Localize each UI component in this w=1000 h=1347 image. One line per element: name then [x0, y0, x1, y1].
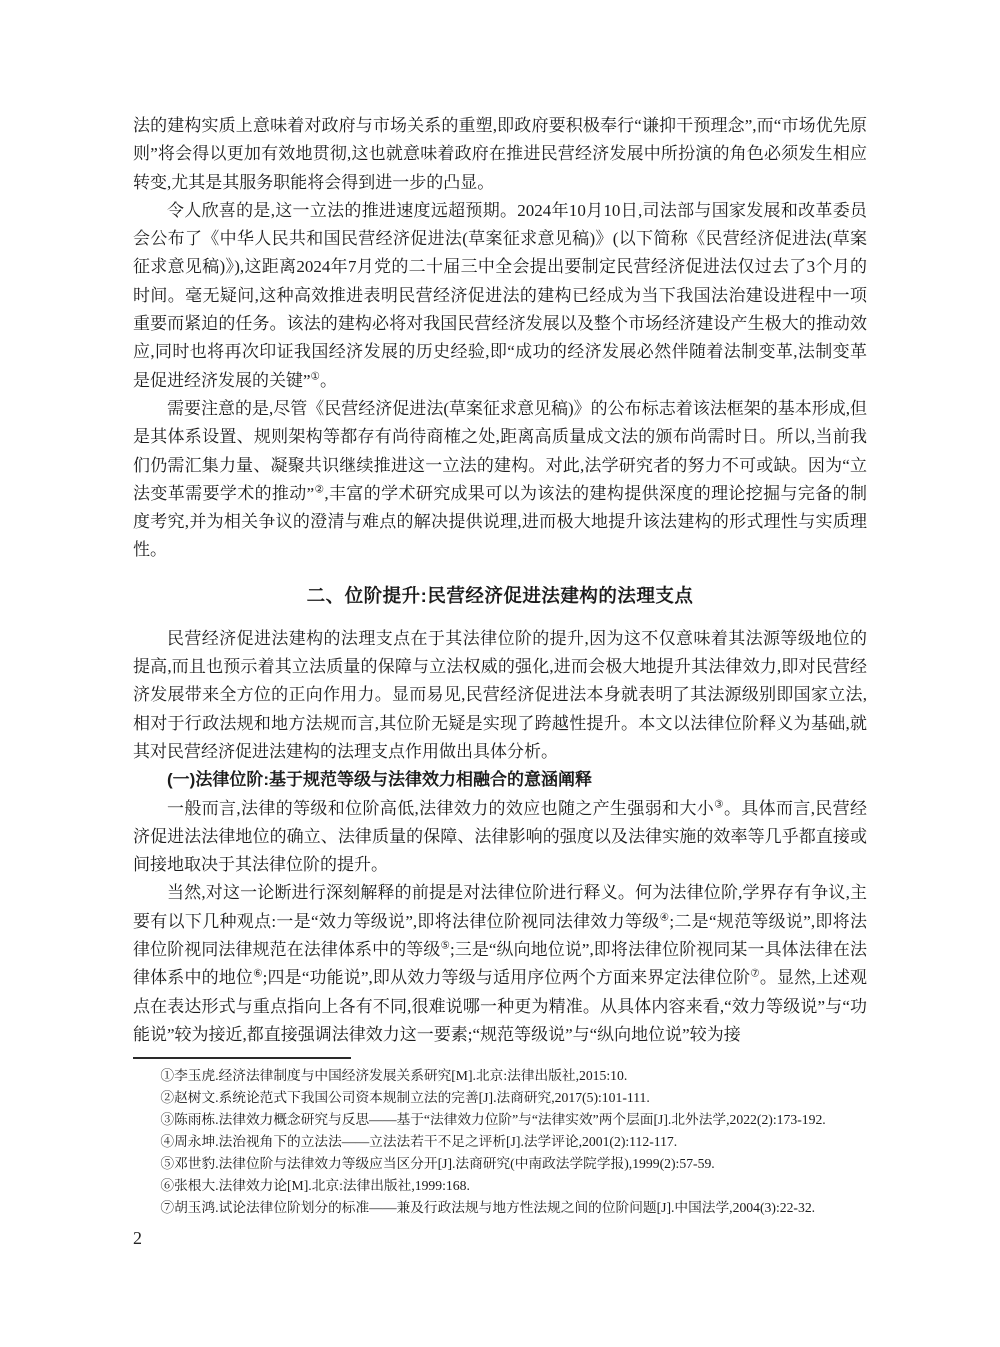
- article-body: 法的建构实质上意味着对政府与市场关系的重塑,即政府要积极奉行“谦抑干预理念”,而…: [133, 112, 867, 1219]
- paragraph: 需要注意的是,尽管《民营经济促进法(草案征求意见稿)》的公布标志着该法框架的基本…: [133, 395, 867, 565]
- paragraph: 民营经济促进法建构的法理支点在于其法律位阶的提升,因为这不仅意味着其法源等级地位…: [133, 625, 867, 766]
- page-number: 2: [133, 1226, 142, 1250]
- footnote-ref-3: ③: [714, 799, 724, 810]
- footnote-ref-2: ②: [314, 484, 324, 495]
- footnote-item: ③陈雨栋.法律效力概念研究与反思——基于“法律效力位阶”与“法律实效”两个层面[…: [133, 1109, 867, 1131]
- paragraph-text: ;四是“功能说”,即从效力等级与适用序位两个方面来界定法律位阶: [263, 968, 751, 987]
- footnote-ref-7: ⑦: [750, 969, 760, 980]
- subsection-heading: (一)法律位阶:基于规范等级与法律效力相融合的意涵阐释: [133, 766, 867, 794]
- footnote-ref-4: ④: [660, 912, 670, 923]
- footnote-item: ⑤邓世豹.法律位阶与法律效力等级应当区分开[J].法商研究(中南政法学院学报),…: [133, 1153, 867, 1175]
- footnote-item: ⑥张根大.法律效力论[M].北京:法律出版社,1999:168.: [133, 1175, 867, 1197]
- footnote-divider: [133, 1057, 351, 1059]
- footnote-ref-6: ⑥: [253, 969, 263, 980]
- document-page: 法的建构实质上意味着对政府与市场关系的重塑,即政府要积极奉行“谦抑干预理念”,而…: [0, 0, 1000, 1347]
- section-heading: 二、位阶提升:民营经济促进法建构的法理支点: [133, 582, 867, 610]
- footnote-item: ⑦胡玉鸿.试论法律位阶划分的标准——兼及行政法规与地方性法规之间的位阶问题[J]…: [133, 1197, 867, 1219]
- footnote-item: ④周永坤.法治视角下的立法法——立法法若干不足之评析[J].法学评论,2001(…: [133, 1131, 867, 1153]
- paragraph: 当然,对这一论断进行深刻解释的前提是对法律位阶进行释义。何为法律位阶,学界存有争…: [133, 879, 867, 1049]
- footnote-item: ②赵树文.系统论范式下我国公司资本规制立法的完善[J].法商研究,2017(5)…: [133, 1087, 867, 1109]
- paragraph: 一般而言,法律的等级和位阶高低,法律效力的效应也随之产生强弱和大小③。具体而言,…: [133, 795, 867, 880]
- paragraph-text: 。: [320, 371, 337, 390]
- paragraph: 令人欣喜的是,这一立法的推进速度远超预期。2024年10月10日,司法部与国家发…: [133, 197, 867, 395]
- paragraph-continuation: 法的建构实质上意味着对政府与市场关系的重塑,即政府要积极奉行“谦抑干预理念”,而…: [133, 112, 867, 197]
- footnote-item: ①李玉虎.经济法律制度与中国经济发展关系研究[M].北京:法律出版社,2015:…: [133, 1065, 867, 1087]
- footnotes-section: ①李玉虎.经济法律制度与中国经济发展关系研究[M].北京:法律出版社,2015:…: [133, 1065, 867, 1219]
- paragraph-text: 令人欣喜的是,这一立法的推进速度远超预期。2024年10月10日,司法部与国家发…: [133, 201, 867, 390]
- footnote-ref-5: ⑤: [440, 940, 450, 951]
- footnote-ref-1: ①: [311, 371, 320, 382]
- paragraph-text: 一般而言,法律的等级和位阶高低,法律效力的效应也随之产生强弱和大小: [167, 799, 714, 818]
